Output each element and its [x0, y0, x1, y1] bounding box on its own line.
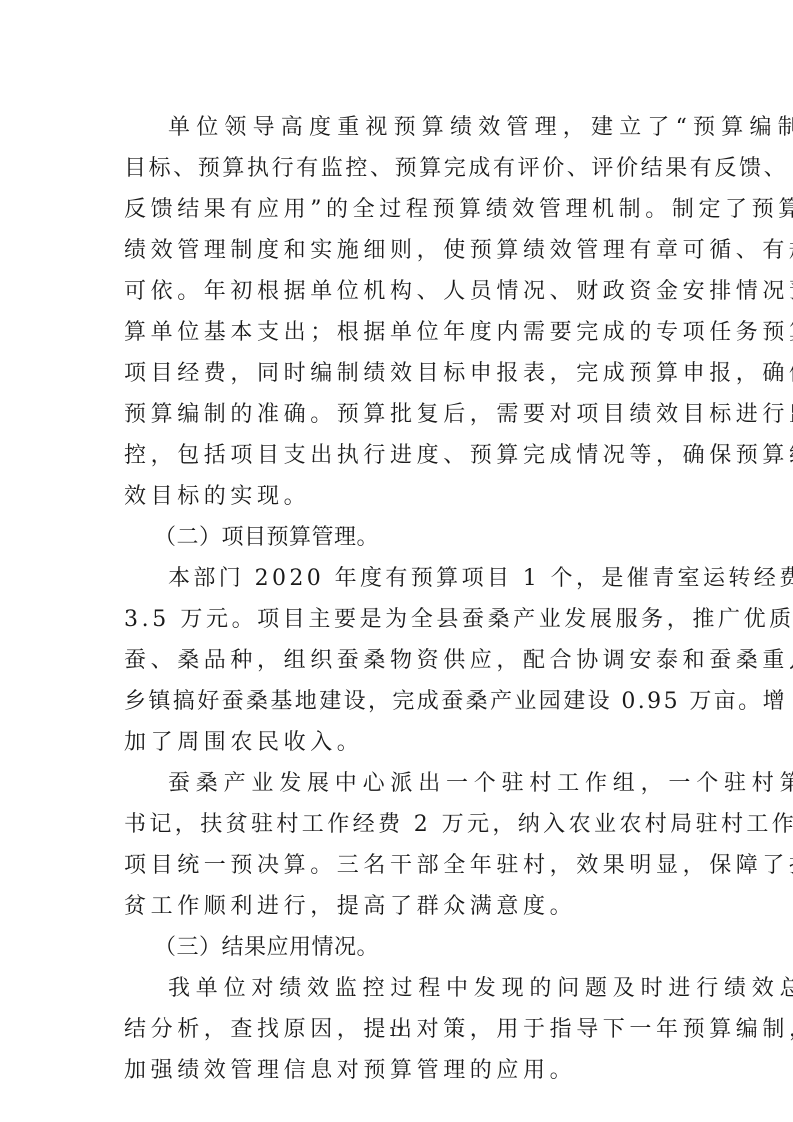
section-heading-project-budget: （二）项目预算管理。 [124, 517, 672, 558]
paragraph-project-budget: 本部门 2020 年度有预算项目 1 个，是催青室运转经费 3.5 万元。项目主… [124, 558, 672, 763]
section-heading: （三）结果应用情况。 [124, 927, 672, 968]
text-line: 本部门 2020 年度有预算项目 1 个，是催青室运转经费 [124, 558, 672, 599]
text-line: 书记，扶贫驻村工作经费 2 万元，纳入农业农村局驻村工作 [124, 804, 672, 845]
text-line: 我单位对绩效监控过程中发现的问题及时进行绩效总 [124, 968, 672, 1009]
text-line: 项目经费，同时编制绩效目标申报表，完成预算申报，确保 [124, 353, 672, 394]
text-line: 绩效管理制度和实施细则，使预算绩效管理有章可循、有规 [124, 230, 672, 271]
paragraph-village-work: 蚕桑产业发展中心派出一个驻村工作组，一个驻村第一 书记，扶贫驻村工作经费 2 万… [124, 763, 672, 927]
paragraph-performance-management: 单位领导高度重视预算绩效管理，建立了“预算编制有 目标、预算执行有监控、预算完成… [124, 107, 672, 517]
text-line: 单位领导高度重视预算绩效管理，建立了“预算编制有 [124, 107, 672, 148]
page-number: 17 [0, 1025, 793, 1039]
section-heading: （二）项目预算管理。 [124, 517, 672, 558]
text-line: 可依。年初根据单位机构、人员情况、财政资金安排情况预 [124, 271, 672, 312]
text-line: 算单位基本支出；根据单位年度内需要完成的专项任务预算 [124, 312, 672, 353]
section-heading-results-application: （三）结果应用情况。 [124, 927, 672, 968]
text-line: 加强绩效管理信息对预算管理的应用。 [124, 1050, 672, 1091]
text-line: 3.5 万元。项目主要是为全县蚕桑产业发展服务，推广优质 [124, 599, 672, 640]
document-page: 单位领导高度重视预算绩效管理，建立了“预算编制有 目标、预算执行有监控、预算完成… [0, 0, 793, 1122]
text-line: 预算编制的准确。预算批复后，需要对项目绩效目标进行监 [124, 394, 672, 435]
text-line: 控，包括项目支出执行进度、预算完成情况等，确保预算绩 [124, 435, 672, 476]
text-line: 项目统一预决算。三名干部全年驻村，效果明显，保障了扶 [124, 845, 672, 886]
text-line: 加了周围农民收入。 [124, 722, 672, 763]
text-line: 目标、预算执行有监控、预算完成有评价、评价结果有反馈、 [124, 148, 672, 189]
text-line: 效目标的实现。 [124, 476, 672, 517]
text-line: 反馈结果有应用”的全过程预算绩效管理机制。制定了预算 [124, 189, 672, 230]
text-line: 蚕、桑品种，组织蚕桑物资供应，配合协调安泰和蚕桑重点 [124, 640, 672, 681]
text-line: 乡镇搞好蚕桑基地建设，完成蚕桑产业园建设 0.95 万亩。增 [124, 681, 672, 722]
body-text: 单位领导高度重视预算绩效管理，建立了“预算编制有 目标、预算执行有监控、预算完成… [124, 107, 672, 1091]
text-line: 贫工作顺利进行，提高了群众满意度。 [124, 886, 672, 927]
text-line: 蚕桑产业发展中心派出一个驻村工作组，一个驻村第一 [124, 763, 672, 804]
